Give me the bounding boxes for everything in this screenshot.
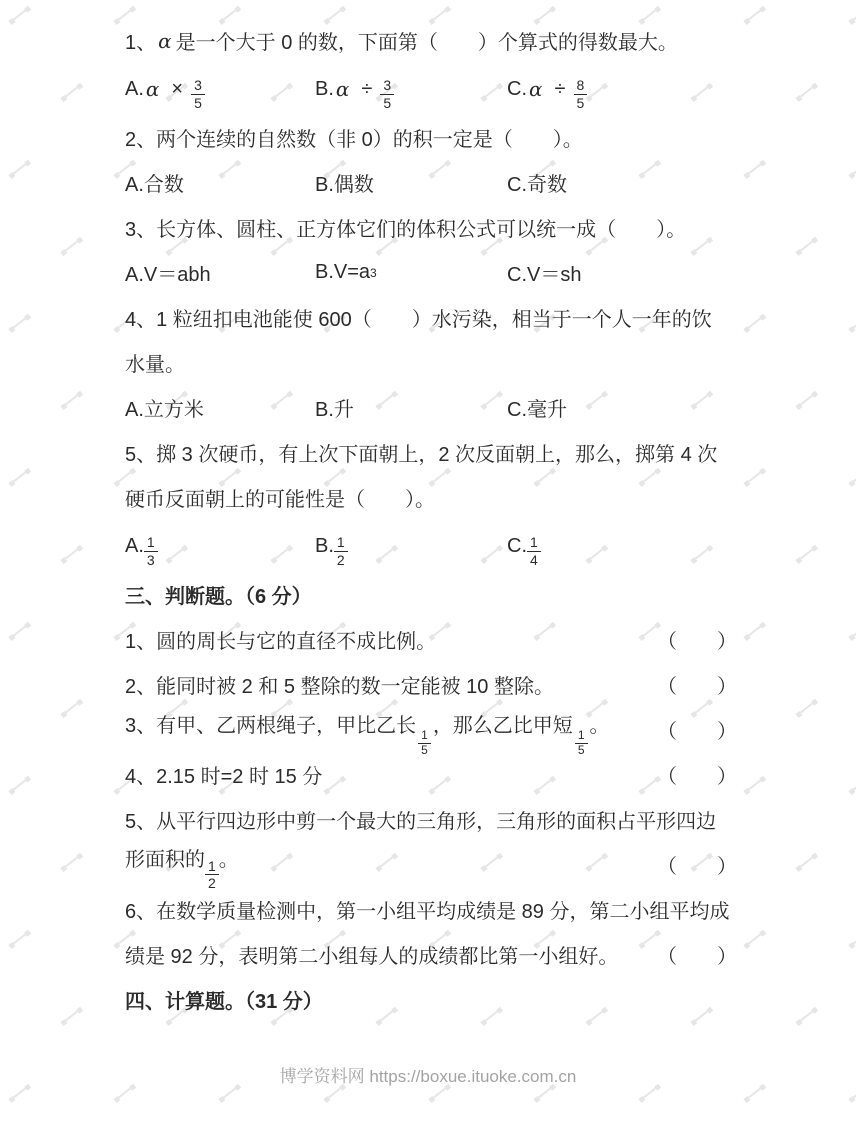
fraction: 15 <box>575 729 588 758</box>
alpha-symbol: α <box>529 77 543 101</box>
watermark-mark <box>65 87 78 98</box>
option-label: C. <box>507 535 527 558</box>
watermark-mark <box>65 857 78 868</box>
q5-option-a: A.13 <box>125 529 315 562</box>
watermark-mark <box>65 549 78 560</box>
q1-number: 1、 <box>125 26 156 55</box>
fraction: 12 <box>334 534 348 567</box>
alpha-symbol: α <box>146 77 160 101</box>
fraction: 12 <box>205 858 219 891</box>
alpha-symbol: α <box>336 77 350 101</box>
fraction: 14 <box>527 534 541 567</box>
watermark-mark <box>643 1088 656 1099</box>
watermark-mark <box>13 164 26 175</box>
q4-option-a: A.立方米 <box>125 393 315 422</box>
watermark-mark <box>748 318 761 329</box>
judge-section-header: 三、判断题。（6 分） <box>125 572 737 617</box>
watermark-mark <box>748 780 761 791</box>
answer-blank-parens: （ ） <box>657 715 737 744</box>
judge-item-4: 4、2.15 时=2 时 15 分 （ ） <box>125 752 737 797</box>
calc-section-header: 四、计算题。（31 分） <box>125 977 737 1022</box>
watermark-mark <box>65 1011 78 1022</box>
q4-line1: 4、1 粒纽扣电池能使 600（ ）水污染，相当于一个人一年的饮 <box>125 295 737 340</box>
watermark-mark <box>13 934 26 945</box>
fraction: 13 <box>144 534 158 567</box>
q1-options: A.α×35 B.α÷35 C.α÷85 <box>125 63 737 115</box>
exam-content: 1、α 是一个大于 0 的数，下面第（ ）个算式的得数最大。 A.α×35 B.… <box>125 18 737 1022</box>
q5-line1: 5、掷 3 次硬币，有上次下面朝上，2 次反面朝上，那么，掷第 4 次 <box>125 430 737 475</box>
watermark-mark <box>118 1088 131 1099</box>
divide-operator: ÷ <box>361 78 372 101</box>
q4-option-c: C.毫升 <box>507 393 567 422</box>
watermark-mark <box>748 1088 761 1099</box>
fraction: 35 <box>380 77 394 110</box>
q3-option-c: C.V＝sh <box>507 258 581 287</box>
answer-blank-parens: （ ） <box>657 940 737 969</box>
judge-item-5-line2: 形面积的12。 （ ） <box>125 842 737 887</box>
option-label: B. <box>315 535 334 558</box>
fraction: 35 <box>191 77 205 110</box>
watermark-mark <box>328 1088 341 1099</box>
watermark-mark <box>748 626 761 637</box>
answer-blank-parens: （ ） <box>657 850 737 879</box>
watermark-mark <box>13 10 26 21</box>
q4-option-b: B.升 <box>315 393 507 422</box>
watermark-mark <box>13 626 26 637</box>
watermark-mark <box>800 241 813 252</box>
divide-operator: ÷ <box>555 78 566 101</box>
option-label: A. <box>125 535 144 558</box>
watermark-mark <box>223 1088 236 1099</box>
judge-item-2: 2、能同时被 2 和 5 整除的数一定能被 10 整除。 （ ） <box>125 662 737 707</box>
q1-option-a: A.α×35 <box>125 72 315 105</box>
q3-option-a: A.V＝abh <box>125 258 315 287</box>
footer-credit: 博学资料网 https://boxue.ituoke.com.cn <box>0 1062 856 1087</box>
watermark-mark <box>13 472 26 483</box>
option-label: A. <box>125 78 144 101</box>
watermark-mark <box>65 241 78 252</box>
watermark-mark <box>13 780 26 791</box>
watermark-mark <box>65 703 78 714</box>
watermark-mark <box>13 1088 26 1099</box>
judge-item-5-line1: 5、从平行四边形中剪一个最大的三角形，三角形的面积占平形四边 <box>125 797 737 842</box>
watermark-mark <box>800 395 813 406</box>
q3-option-b: B.V=a3 <box>315 261 507 284</box>
watermark-mark <box>748 10 761 21</box>
judge-item-3: 3、有甲、乙两根绳子，甲比乙长15，那么乙比甲短15。 （ ） <box>125 707 737 752</box>
q5-options: A.13 B.12 C.14 <box>125 520 737 572</box>
q1-line: 1、α 是一个大于 0 的数，下面第（ ）个算式的得数最大。 <box>125 18 737 63</box>
option-label: B. <box>315 78 334 101</box>
answer-blank-parens: （ ） <box>657 670 737 699</box>
exam-page: 1、α 是一个大于 0 的数，下面第（ ）个算式的得数最大。 A.α×35 B.… <box>0 0 856 1122</box>
answer-blank-parens: （ ） <box>657 625 737 654</box>
judge-item-6-line2: 绩是 92 分，表明第二小组每人的成绩都比第一小组好。 （ ） <box>125 932 737 977</box>
q2-line: 2、两个连续的自然数（非 0）的积一定是（ ）。 <box>125 115 737 160</box>
q5-line2: 硬币反面朝上的可能性是（ ）。 <box>125 475 737 520</box>
q1-alpha: α <box>158 29 172 53</box>
q3-line: 3、长方体、圆柱、正方体它们的体积公式可以统一成（ ）。 <box>125 205 737 250</box>
q2-option-c: C.奇数 <box>507 168 567 197</box>
q5-option-c: C.14 <box>507 529 541 562</box>
watermark-mark <box>748 164 761 175</box>
watermark-mark <box>748 472 761 483</box>
judge-item-1: 1、圆的周长与它的直径不成比例。 （ ） <box>125 617 737 662</box>
fraction: 85 <box>574 77 588 110</box>
q1-text: 是一个大于 0 的数，下面第（ ）个算式的得数最大。 <box>176 26 678 55</box>
q2-options: A.合数 B.偶数 C.奇数 <box>125 160 737 205</box>
q2-option-a: A.合数 <box>125 168 315 197</box>
watermark-mark <box>13 318 26 329</box>
q2-option-b: B.偶数 <box>315 168 507 197</box>
fraction: 15 <box>418 729 431 758</box>
watermark-mark <box>800 703 813 714</box>
q4-options: A.立方米 B.升 C.毫升 <box>125 385 737 430</box>
judge-item-6-line1: 6、在数学质量检测中，第一小组平均成绩是 89 分，第二小组平均成 <box>125 887 737 932</box>
watermark-mark <box>800 1011 813 1022</box>
option-label: C. <box>507 78 527 101</box>
watermark-mark <box>748 934 761 945</box>
q3-options: A.V＝abh B.V=a3 C.V＝sh <box>125 250 737 295</box>
watermark-mark <box>65 395 78 406</box>
watermark-mark <box>433 1088 446 1099</box>
q1-option-b: B.α÷35 <box>315 72 507 105</box>
q5-option-b: B.12 <box>315 529 507 562</box>
answer-blank-parens: （ ） <box>657 760 737 789</box>
watermark-mark <box>800 87 813 98</box>
watermark-mark <box>800 857 813 868</box>
watermark-mark <box>800 549 813 560</box>
q4-line2: 水量。 <box>125 340 737 385</box>
q1-option-c: C.α÷85 <box>507 72 587 105</box>
multiply-operator: × <box>171 78 183 101</box>
watermark-mark <box>538 1088 551 1099</box>
